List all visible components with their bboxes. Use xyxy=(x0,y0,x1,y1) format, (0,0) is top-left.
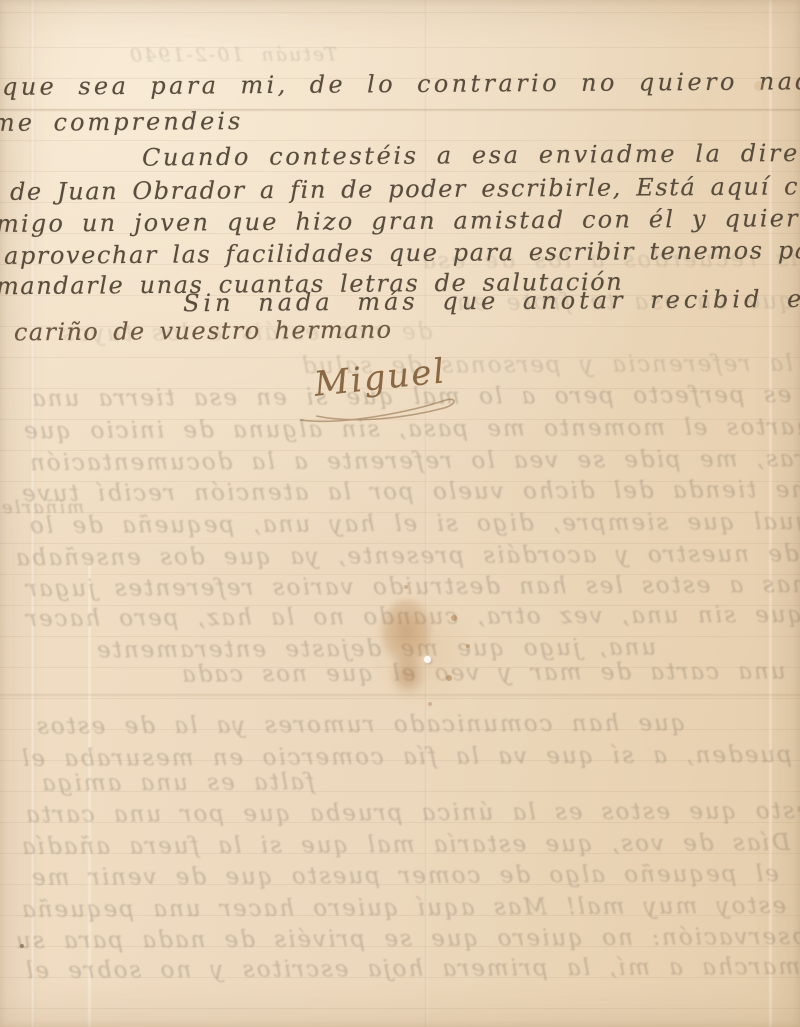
letter-scan-page: Tetuán 10-2-1940de mis recuerdos a los d… xyxy=(0,0,800,1027)
bleedthrough-line: que han comunicado rumores ya la de esto… xyxy=(35,710,686,739)
bleedthrough-line: Días de vos, que estaría mal que si la f… xyxy=(20,830,790,860)
bleedthrough-line: me tienda del dicho vuelo por la atenció… xyxy=(20,477,800,507)
bleedthrough-line: igual que siempre, digo si el hay una, p… xyxy=(28,509,800,539)
pinhole xyxy=(424,656,431,663)
bleedthrough-line: mientras, me pide se vea lo referente a … xyxy=(28,446,800,476)
foxing-speckles xyxy=(0,0,4,4)
letter-text-line: Cuando contestéis a esa enviadme la dire… xyxy=(142,138,800,171)
letter-text-line: me comprendeis xyxy=(0,107,243,137)
bleedthrough-line: dile, de nuestro y acordáis presente, ya… xyxy=(14,541,800,572)
bleedthrough-line: Tetuán 10-2-1940 xyxy=(128,43,338,66)
bleedthrough-line: pueden, a sí que va la fía comercio en m… xyxy=(20,742,792,772)
ink-stain-lower xyxy=(383,646,433,704)
letter-text-line: migo un joven que hizo gran amistad con … xyxy=(0,204,800,238)
bleedthrough-line: puesto que estos es la única prueba que … xyxy=(24,798,800,828)
letter-text-line: aprovechar las facilidades que para escr… xyxy=(4,236,800,270)
bleedthrough-line: observación: no quiero que se privéis de… xyxy=(14,924,800,954)
bleedthrough-line: estoy muy mal! Mas aquí quiero hacer una… xyxy=(20,893,786,923)
letter-text-line: Sin nada más que anotar recibid el xyxy=(183,285,800,317)
bleedthrough-line: marcha a mí, la primera hoja escritos y … xyxy=(24,954,800,984)
letter-text-line: cariño de vuestro hermano xyxy=(14,316,393,347)
bleedthrough-line: tengo hartos el momento me pasa, sin alg… xyxy=(22,414,800,445)
bleedthrough-line: falta es una amiga xyxy=(40,769,315,796)
letter-text-line: de Juan Obrador a fin de poder escribirl… xyxy=(10,172,800,206)
bleedthrough-line: el pequeño algo de comer puesto que de v… xyxy=(30,861,779,891)
letter-text-line: que sea para mi, de lo contrario no quie… xyxy=(2,67,800,101)
